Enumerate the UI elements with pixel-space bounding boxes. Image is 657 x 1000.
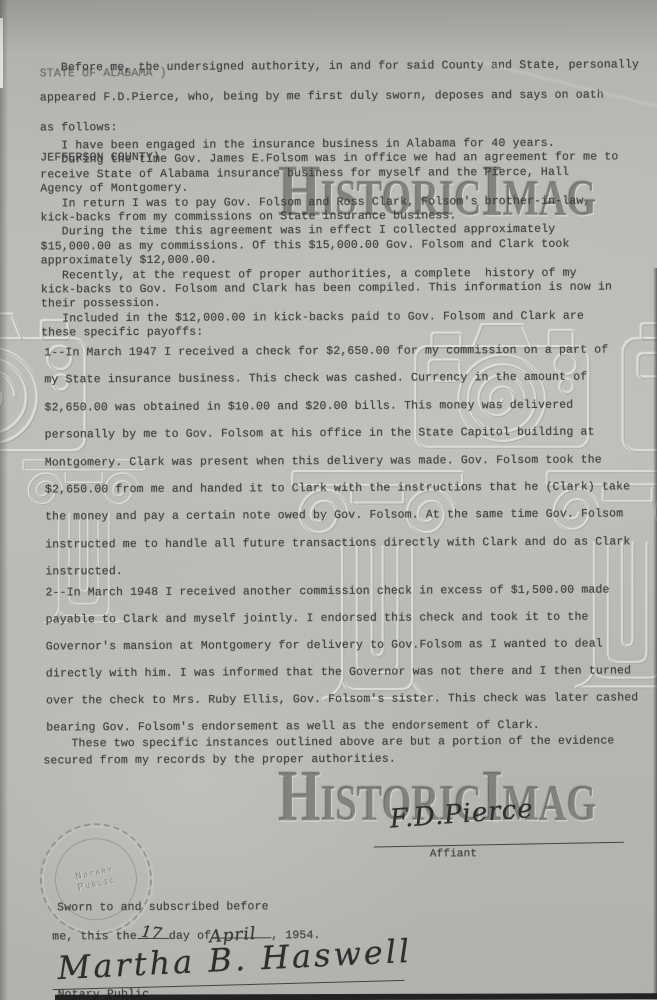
affiant-signature: F.D.Pierce [389,794,535,835]
payoff-item-1: 1--In March 1947 I received a check for … [44,336,631,586]
handwritten-day: 17 [140,922,163,944]
jurat-line-1: Sworn to and subscribed before [57,900,269,914]
closing-paragraph: These two specific instances outlined ab… [43,734,614,770]
affiant-label: Affiant [430,848,477,860]
photo-edge-right [653,268,657,995]
intro-paragraph: Before me, the undersigned authority, in… [40,50,640,143]
document-photo: HistoricImag HistoricImag STATE OF ALABA… [0,0,657,1000]
affidavit-content: STATE OF ALABAMA ) JEFFERSON COUNTY) Bef… [0,0,657,1000]
payoff-item-2: 2--In March 1948 I received another comm… [45,576,638,741]
photo-edge-left [0,0,8,1000]
statement-paragraphs: I have been engaged in the insurance bus… [40,136,619,341]
jurat-part-a: me, this the [52,930,137,943]
affiant-signature-line [374,842,624,848]
photo-edge-bottom [55,993,657,1000]
day-blank: 17 [137,938,169,939]
jurat-part-b: day of [169,930,211,943]
photo-edge-sliver [0,18,3,88]
